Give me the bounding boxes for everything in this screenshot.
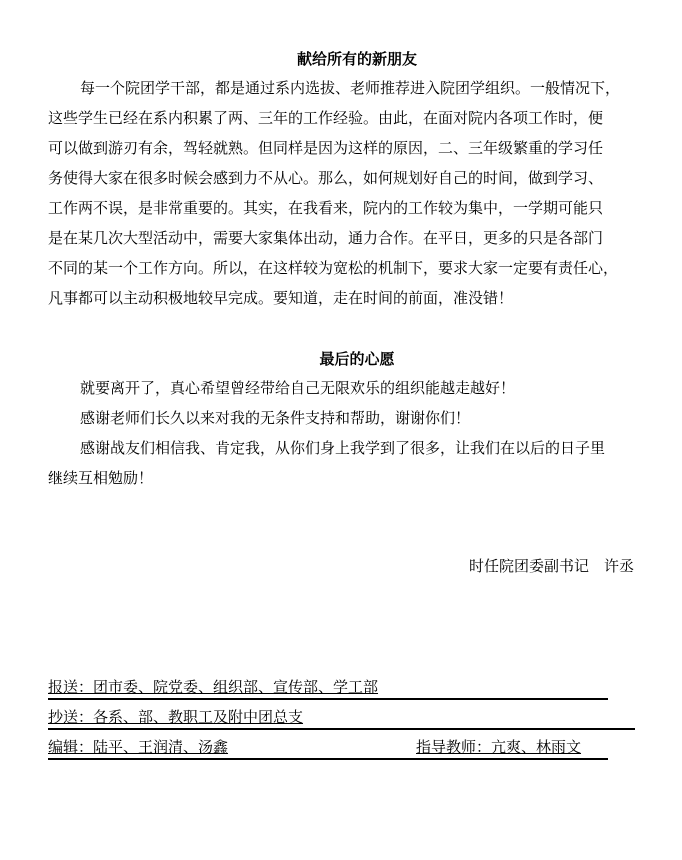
text-line: 感谢战友们相信我、肯定我，从你们身上我学到了很多，让我们在以后的日子里 bbox=[48, 433, 640, 463]
footer-editors: 编辑：陆平、王润清、汤鑫 指导教师：亢爽、林雨文 bbox=[48, 736, 608, 760]
signature: 时任院团委副书记 许丞 bbox=[469, 555, 634, 576]
text-line: 工作两不误，是非常重要的。其实，在我看来，院内的工作较为集中，一学期可能只 bbox=[48, 193, 640, 223]
editors-text: 编辑：陆平、王润清、汤鑫 bbox=[48, 738, 228, 756]
copy-to-text: 抄送：各系、部、教职工及附中团总支 bbox=[48, 708, 303, 726]
advisors-text: 指导教师：亢爽、林雨文 bbox=[416, 736, 581, 757]
text-line: 就要离开了，真心希望曾经带给自己无限欢乐的组织能越走越好！ bbox=[48, 373, 640, 403]
text-line: 这些学生已经在系内积累了两、三年的工作经验。由此，在面对院内各项工作时，便 bbox=[48, 103, 640, 133]
text-line: 可以做到游刃有余，驾轻就熟。但同样是因为这样的原因，二、三年级繁重的学习任 bbox=[48, 133, 640, 163]
text-line: 继续互相勉励！ bbox=[48, 463, 640, 493]
footer-copy-to: 抄送：各系、部、教职工及附中团总支 bbox=[48, 706, 635, 730]
paragraph-new-friends: 每一个院团学干部，都是通过系内选拔、老师推荐进入院团学组织。一般情况下， 这些学… bbox=[48, 73, 640, 313]
report-to-text: 报送：团市委、院党委、组织部、宣传部、学工部 bbox=[48, 678, 378, 696]
footer-report-to: 报送：团市委、院党委、组织部、宣传部、学工部 bbox=[48, 676, 608, 700]
text-line: 务使得大家在很多时候会感到力不从心。那么，如何规划好自己的时间，做到学习、 bbox=[48, 163, 640, 193]
section-title-new-friends: 献给所有的新朋友 bbox=[16, 48, 682, 69]
section-title-last-wish: 最后的心愿 bbox=[16, 348, 682, 369]
text-line: 每一个院团学干部，都是通过系内选拔、老师推荐进入院团学组织。一般情况下， bbox=[48, 73, 640, 103]
paragraph-last-wish: 就要离开了，真心希望曾经带给自己无限欢乐的组织能越走越好！ 感谢老师们长久以来对… bbox=[48, 373, 640, 493]
text-line: 凡事都可以主动积极地较早完成。要知道，走在时间的前面，准没错！ bbox=[48, 283, 640, 313]
text-line: 感谢老师们长久以来对我的无条件支持和帮助，谢谢你们！ bbox=[48, 403, 640, 433]
text-line: 不同的某一个工作方向。所以，在这样较为宽松的机制下，要求大家一定要有责任心， bbox=[48, 253, 640, 283]
text-line: 是在某几次大型活动中，需要大家集体出动，通力合作。在平日，更多的只是各部门 bbox=[48, 223, 640, 253]
